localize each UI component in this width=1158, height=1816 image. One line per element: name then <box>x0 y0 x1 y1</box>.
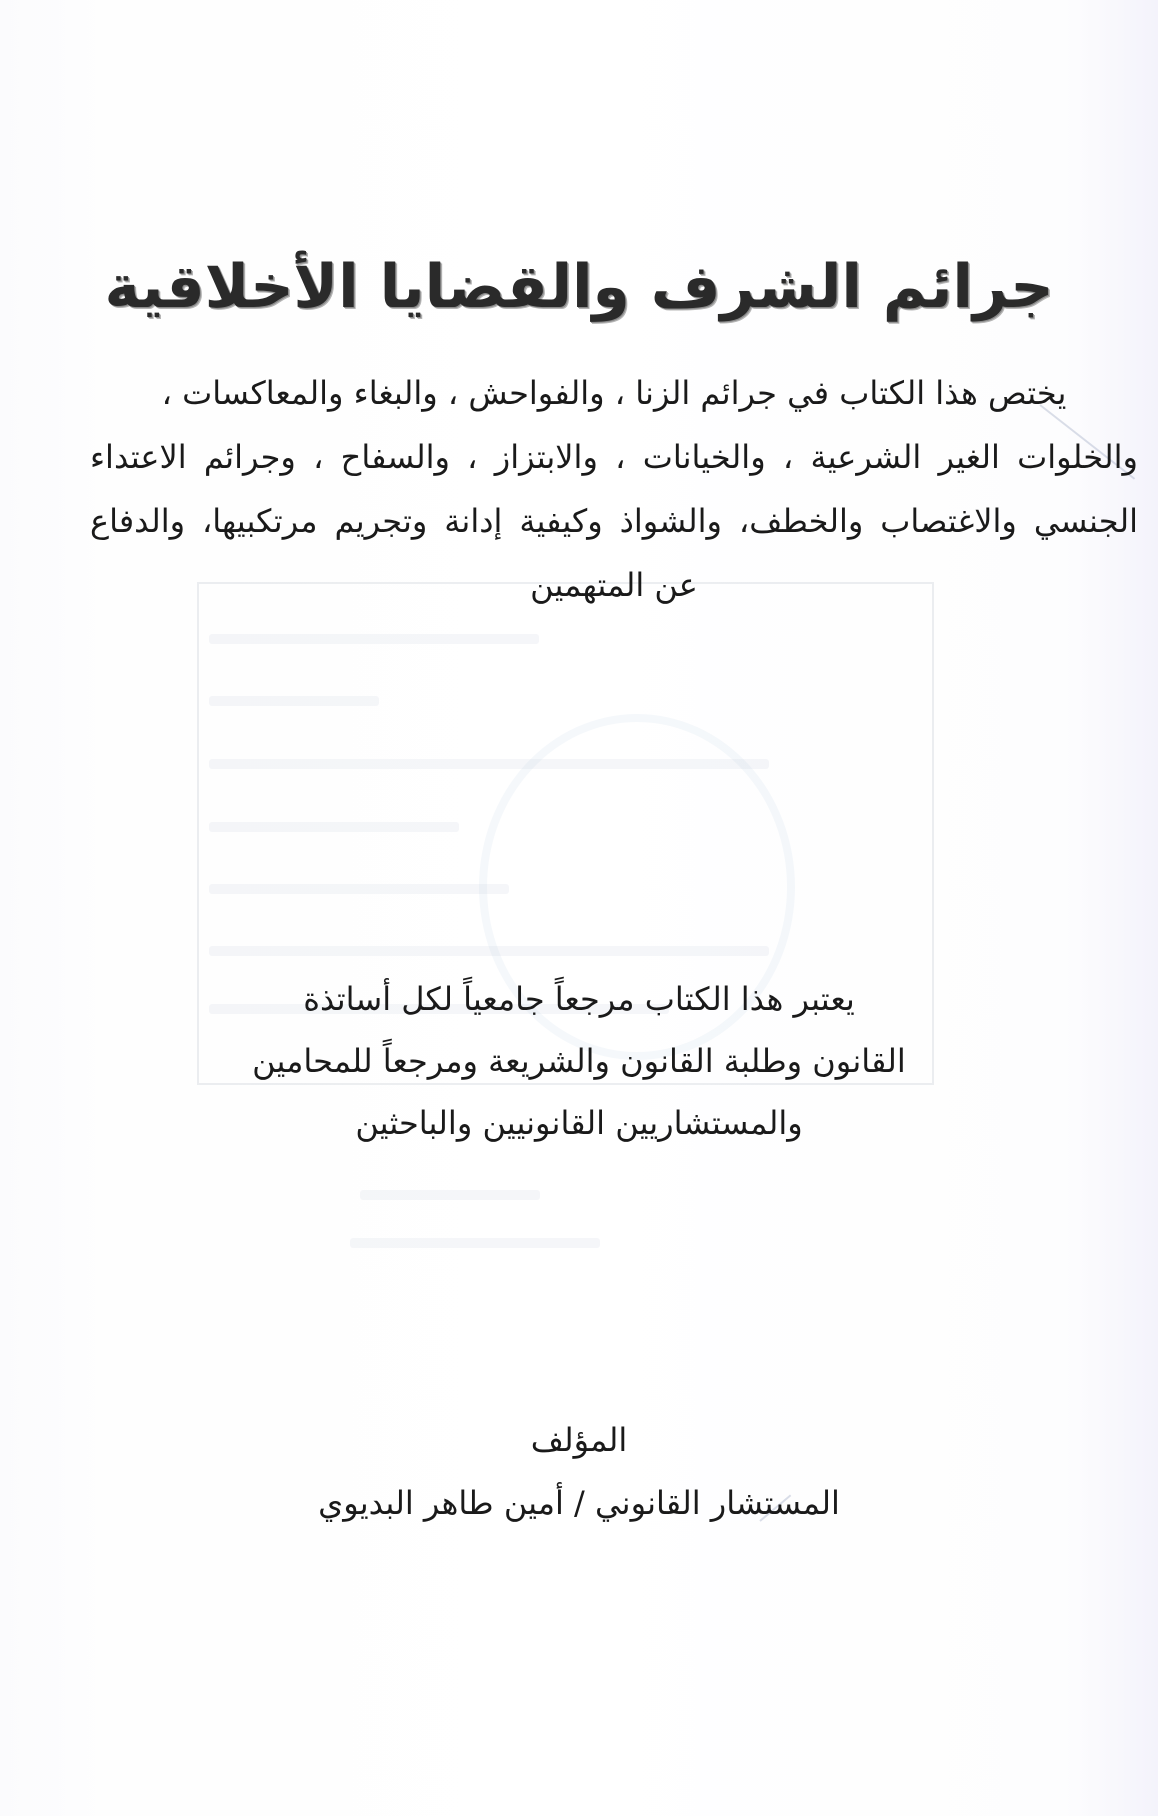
book-description: يختص هذا الكتاب في جرائم الزنا ، والفواح… <box>90 361 1138 617</box>
book-title: جرائم الشرف والقضايا الأخلاقية <box>0 245 1158 329</box>
bleed-through-text <box>350 1238 600 1248</box>
audience-line: والمستشاريين القانونيين والباحثين <box>200 1092 958 1154</box>
audience-line: القانون وطلبة القانون والشريعة ومرجعاً ل… <box>200 1030 958 1092</box>
author-label: المؤلف <box>0 1418 1158 1462</box>
book-title-page: جرائم الشرف والقضايا الأخلاقية يختص هذا … <box>0 0 1158 1816</box>
description-line: الجنسي والاغتصاب والخطف، والشواذ وكيفية … <box>90 489 1138 553</box>
bleed-through-text <box>209 634 539 644</box>
description-line: يختص هذا الكتاب في جرائم الزنا ، والفواح… <box>90 361 1138 425</box>
bleed-through-text <box>209 884 509 894</box>
audience-line: يعتبر هذا الكتاب مرجعاً جامعياً لكل أسات… <box>200 968 958 1030</box>
bleed-through-text <box>360 1190 540 1200</box>
author-name: المستشار القانوني / أمين طاهر البديوي <box>0 1480 1158 1526</box>
description-line: والخلوات الغير الشرعية ، والخيانات ، وال… <box>90 425 1138 489</box>
description-line: عن المتهمين <box>90 553 1138 617</box>
book-audience-statement: يعتبر هذا الكتاب مرجعاً جامعياً لكل أسات… <box>200 968 958 1154</box>
bleed-through-text <box>209 696 379 706</box>
bleed-through-text <box>209 822 459 832</box>
